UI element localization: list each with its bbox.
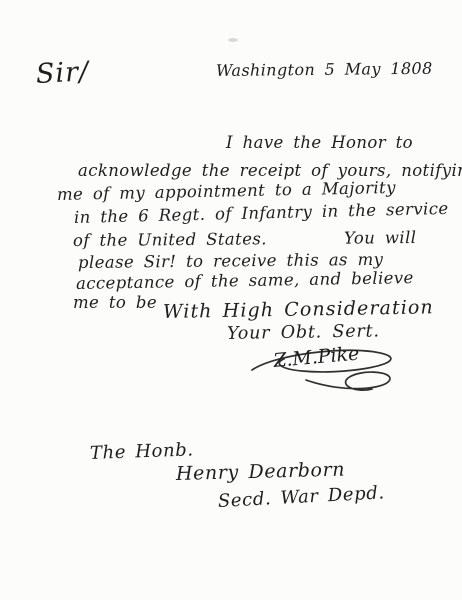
body-line: in the 6 Regt. of Infantry in the servic… bbox=[74, 200, 449, 227]
body-line: acknowledge the receipt of yours, notify… bbox=[78, 162, 462, 180]
recipient-department: Secd. War Depd. bbox=[217, 483, 385, 512]
body-line: me of my appointment to a Majority bbox=[57, 179, 396, 204]
body-line: of the United States. You will bbox=[73, 229, 417, 250]
signature-paraph-stroke bbox=[306, 372, 390, 390]
body-line: I have the Honor to bbox=[226, 134, 413, 152]
body-line: me to be bbox=[73, 294, 157, 312]
signature-flourish: Z.M.Pike bbox=[248, 338, 400, 396]
closing-line: With High Consideration bbox=[163, 297, 434, 323]
salutation: Sir/ bbox=[35, 57, 90, 89]
dateline: Washington 5 May 1808 bbox=[216, 60, 433, 80]
scan-smudge bbox=[228, 38, 238, 42]
recipient-name: Henry Dearborn bbox=[176, 460, 346, 485]
signature-block: Z.M.Pike bbox=[248, 338, 400, 401]
body-line: acceptance of the same, and believe bbox=[76, 269, 414, 293]
letter-page: Sir/ Washington 5 May 1808 I have the Ho… bbox=[0, 0, 462, 600]
recipient-honorific: The Honb. bbox=[90, 440, 194, 463]
